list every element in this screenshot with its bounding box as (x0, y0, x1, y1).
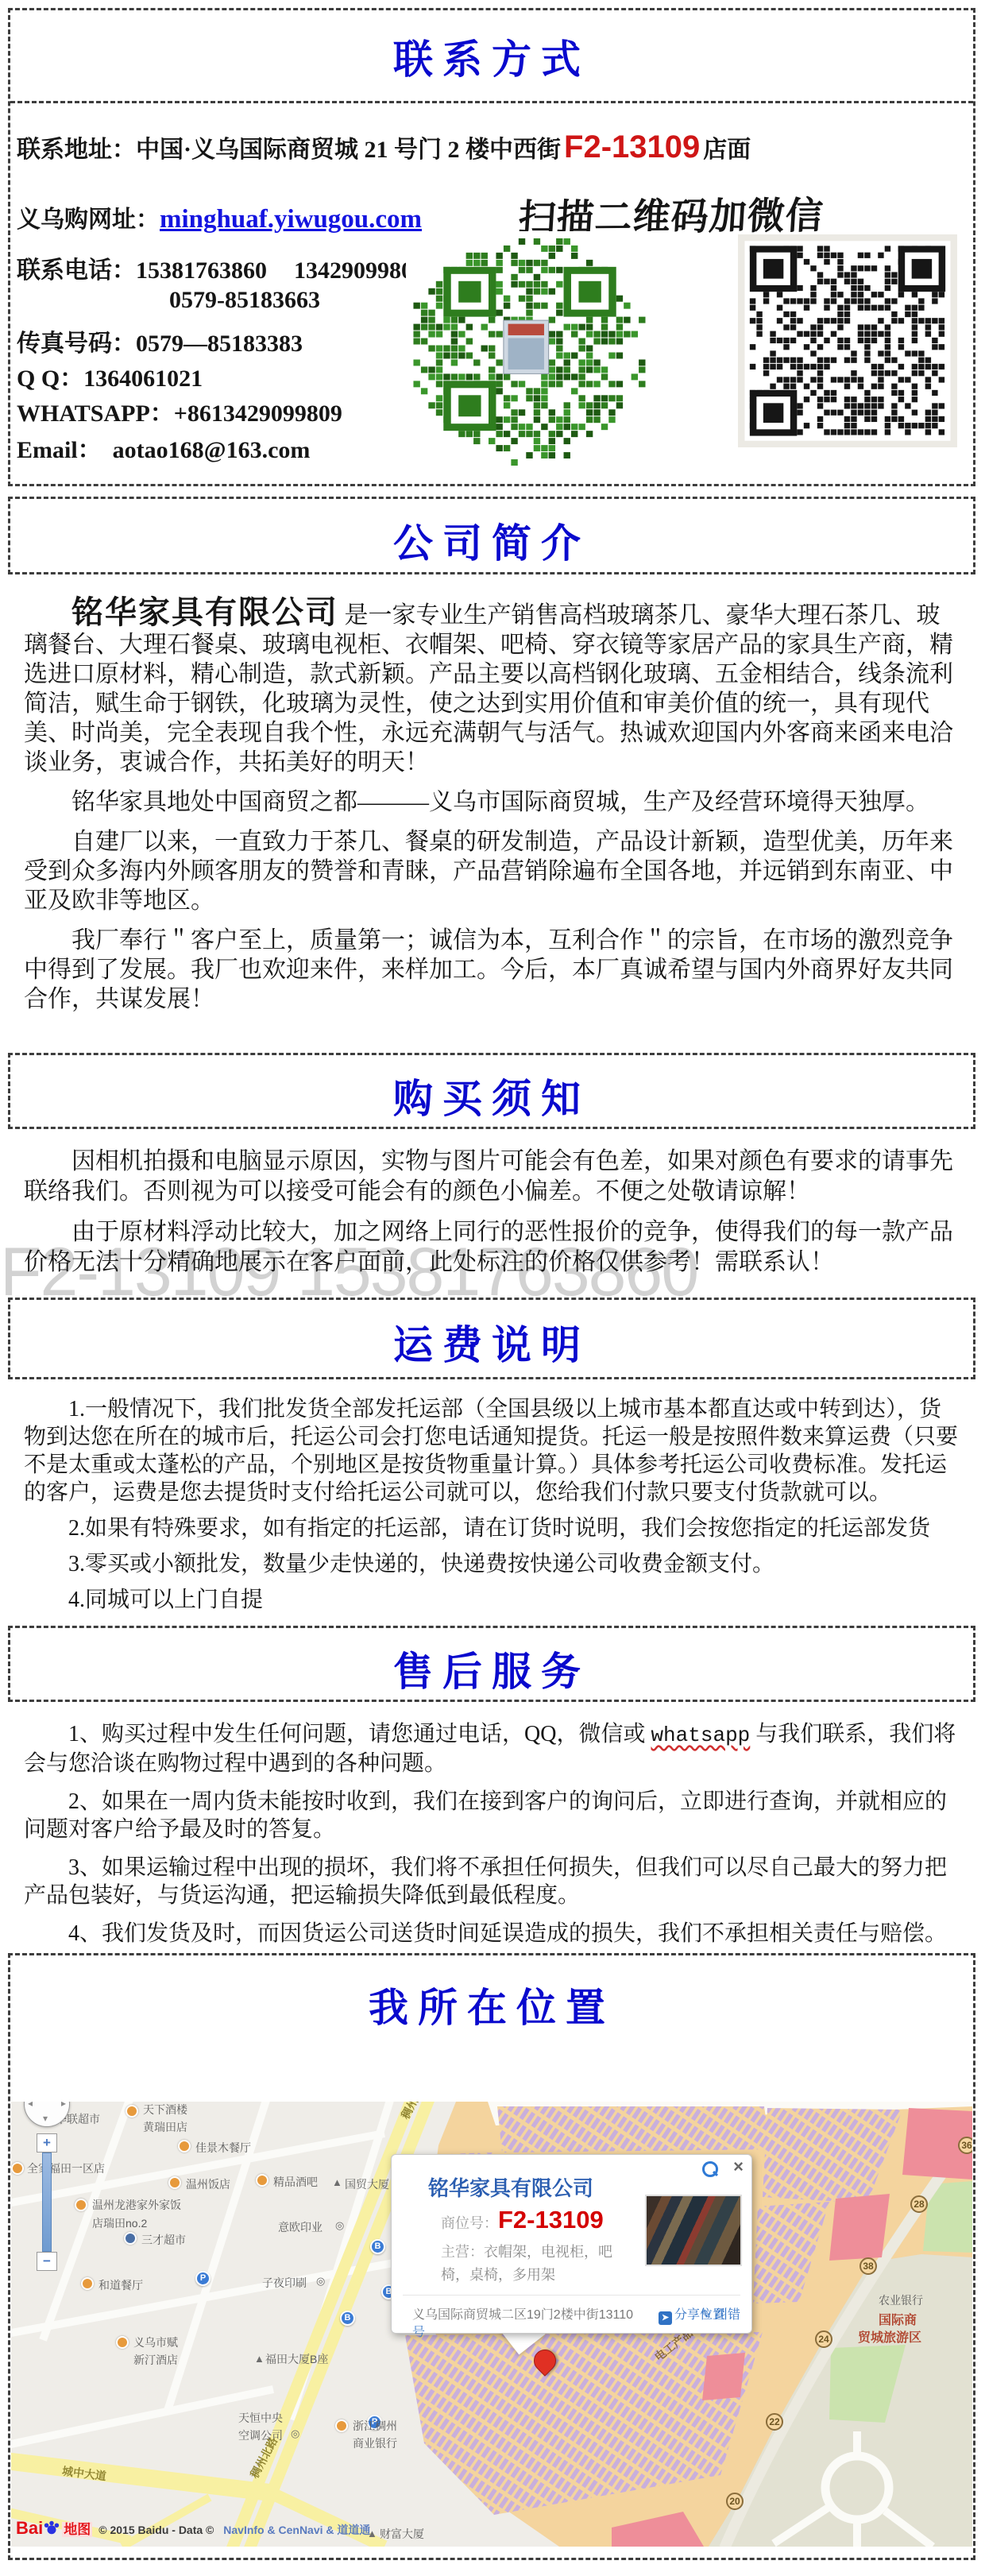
whatsapp-number: +8613429099809 (174, 400, 342, 427)
phone-label: 联系电话： (17, 257, 136, 284)
map-poi-label: 黄瑞田店 (143, 2119, 187, 2135)
contact-whatsapp-line: WHATSAPP：+8613429099809 (17, 393, 342, 428)
email-address: aotao168@163.com (113, 437, 311, 463)
purchase-section-title: 购买须知 (10, 1055, 973, 1124)
qq-number: 1364061021 (83, 366, 203, 392)
phone-number-1: 15381763860 (136, 257, 267, 284)
poi-icon (168, 2176, 181, 2189)
bank-poi-icon (335, 2419, 348, 2432)
zoom-slider[interactable] (42, 2152, 52, 2252)
pan-left-icon[interactable]: ◂ (28, 2102, 33, 2109)
area-label-line1: 国际商 (879, 2310, 917, 2328)
whatsapp-label: WHATSAPP： (17, 400, 174, 427)
baidu-map-logo-text: 地图 (62, 2522, 92, 2537)
shop-qr-code (738, 234, 957, 447)
zoom-in-button[interactable]: + (37, 2133, 57, 2152)
service-item-1-pre: 1、购买过程中发生任何问题，请您通过电话，QQ，微信或 (68, 1722, 651, 1746)
location-section-title: 我所在位置 (10, 1955, 973, 2033)
yiwugou-link[interactable]: minghuaf.yiwugou.com (160, 205, 422, 234)
poi-icon (126, 2105, 138, 2118)
map-poi-label: 温州龙港家外家饭 (92, 2197, 181, 2213)
company-paragraph-1: 铭华家具有限公司 是一家专业生产销售高档玻璃茶几、豪华大理石茶几、玻璃餐台、大理… (24, 598, 961, 777)
pan-down-icon[interactable]: ▾ (43, 2113, 48, 2124)
store-number: F2-13109 (561, 130, 703, 164)
contact-fax-line: 传真号码：0579—85183383 (17, 323, 303, 358)
baidu-logo-text: Bai (16, 2518, 43, 2538)
address-text: 中国·义乌国际商贸城 21 号门 2 楼中西街 (136, 137, 561, 163)
baidu-paw-icon (43, 2519, 60, 2536)
company-section-title: 公司简介 (10, 499, 973, 569)
bubble-address: 义乌国际商贸城二区19门2楼中街13110 (412, 2304, 651, 2323)
pencil-icon: ✎ (701, 2308, 711, 2322)
contact-section-title: 联系方式 (10, 10, 973, 103)
close-icon[interactable]: × (733, 2158, 744, 2176)
zoom-in-icon[interactable] (702, 2161, 718, 2177)
parking-icon: P (195, 2271, 211, 2286)
shipping-item-1: 1.一般情况下，我们批发货全部发托运部（全国县级以上城市基本都直达或中转到达），… (24, 1395, 961, 1507)
service-item-3: 3、如果运输过程中出现的损坏，我们将不承担任何损失，但我们可以尽自己最大的努力把… (24, 1854, 961, 1909)
map-poi-label: 店瑞田no.2 (92, 2215, 147, 2231)
fax-label: 传真号码： (17, 331, 136, 357)
contact-email-line: Email：aotao168@163.com (17, 430, 310, 465)
bubble-divider (403, 2295, 740, 2296)
contact-site-line: 义乌购网址：minghuaf.yiwugou.com (17, 199, 422, 234)
area-label-line2: 贸城旅游区 (858, 2327, 921, 2346)
map-poi-label: 农业银行 (879, 2292, 923, 2308)
map-poi-label: 新汀酒店 (133, 2352, 178, 2368)
fax-number: 0579—85183383 (136, 331, 303, 357)
map-poi-label: 国贸大厦 (345, 2176, 389, 2192)
bus-stop-icon: B (340, 2311, 355, 2326)
map-poi-label: 子夜印刷 (262, 2275, 307, 2291)
poi-icon (81, 2277, 94, 2290)
site-label: 义乌购网址： (17, 207, 160, 233)
shipping-section-title: 运费说明 (10, 1300, 973, 1371)
poi-icon (178, 2140, 191, 2152)
share-icon: ➤ (659, 2311, 672, 2325)
map-poi-label: 财富大厦 (380, 2526, 424, 2542)
poi-icon (11, 2162, 24, 2175)
contact-phone3-line: 0579-85183663 (169, 287, 320, 314)
map-poi-label: 温州饭店 (186, 2176, 230, 2192)
main-products-row: 主营：衣帽架，电视柜，吧椅，桌椅，多用架 (441, 2241, 638, 2287)
map-poi-label: 佳景木餐厅 (195, 2140, 251, 2156)
map-poi-label: 天恒中央 (238, 2410, 283, 2426)
address-label: 联系地址： (17, 137, 136, 163)
report-error-link[interactable]: ✎ 纠错 (701, 2304, 740, 2323)
booth-row: 商位号：F2-13109 (441, 2206, 604, 2234)
map-poi-label: 精品酒吧 (273, 2174, 318, 2190)
contact-section: 联系方式 联系地址：中国·义乌国际商贸城 21 号门 2 楼中西街F2-1310… (8, 8, 975, 486)
email-label: Email： (17, 437, 102, 463)
booth-number: F2-13109 (498, 2206, 604, 2234)
building-icon: ▲ (332, 2176, 342, 2189)
map-poi-label: 天下酒楼 (143, 2102, 187, 2118)
location-section: 我所在位置 (8, 1953, 975, 2560)
purchase-notes: 因相机拍摄和电脑显示原因，实物与图片可能会有色差，如果对颜色有要求的请事先联络我… (24, 1147, 961, 1288)
shipping-notes: 1.一般情况下，我们批发货全部发托运部（全国县级以上城市基本都直达或中转到达），… (24, 1395, 961, 1622)
purchase-paragraph-1: 因相机拍摄和电脑显示原因，实物与图片可能会有色差，如果对颜色有要求的请事先联络我… (24, 1147, 961, 1207)
map-data-providers: NavInfo & CenNavi & 道道通 (223, 2524, 370, 2536)
whatsapp-word: whatsapp (651, 1723, 750, 1747)
company-paragraph-4: 我厂奉行＂客户至上，质量第一；诚信为本，互利合作＂的宗旨，在市场的激烈竞争中得到… (24, 926, 961, 1014)
contact-qq-line: Q Q：1364061021 (17, 358, 203, 393)
shipping-section-title-box: 运费说明 (8, 1298, 975, 1379)
building-icon: ▲ (254, 2353, 265, 2365)
service-section-title-box: 售后服务 (8, 1626, 975, 1702)
wechat-qr-code (406, 231, 654, 466)
shipping-item-4: 4.同城可以上门自提 (24, 1586, 961, 1614)
zoom-out-button[interactable]: − (37, 2252, 57, 2271)
gate-badge: 28 (910, 2195, 928, 2213)
bubble-address-line2: 号 (412, 2322, 425, 2340)
poi-icon (116, 2336, 129, 2349)
print-shop-icon: ◎ (316, 2275, 325, 2288)
bubble-company-name: 铭华家具有限公司 (428, 2172, 593, 2202)
booth-label: 商位号： (441, 2215, 498, 2231)
gate-badge: 36 (958, 2137, 972, 2154)
service-item-2: 2、如果在一周内货未能按时收到，我们在接到客户的询问后，立即进行查询，并就相应的… (24, 1788, 961, 1843)
map-copyright: © 2015 Baidu - Data © (98, 2524, 217, 2536)
map-poi-label: 浙江稠州 (353, 2418, 397, 2434)
main-products-label: 主营： (441, 2244, 484, 2260)
map-poi-label: 意欧印业 (278, 2219, 323, 2235)
contact-address-line: 联系地址：中国·义乌国际商贸城 21 号门 2 楼中西街F2-13109店面 (17, 130, 751, 165)
bus-stop-icon: B (370, 2239, 385, 2254)
company-section-title-box: 公司简介 (8, 497, 975, 574)
map-poi-label: 和道餐厅 (98, 2277, 143, 2293)
print-shop-icon: ◎ (335, 2219, 344, 2232)
office-icon: ◎ (291, 2427, 299, 2440)
map-poi-label: 三才超市 (141, 2232, 186, 2248)
purchase-section-title-box: 购买须知 (8, 1053, 975, 1129)
store-photo[interactable] (645, 2195, 742, 2266)
after-sales-notes: 1、购买过程中发生任何问题，请您通过电话，QQ，微信或 whatsapp 与我们… (24, 1720, 961, 1958)
map-zoom-control: + − (37, 2133, 57, 2271)
phone-number-3: 0579-85183663 (169, 287, 320, 313)
company-name: 铭华家具有限公司 (71, 594, 338, 630)
company-paragraph-3: 自建厂以来，一直致力于茶几、餐桌的研发制造，产品设计新颖，造型优美，历年来受到众… (24, 827, 961, 915)
poi-icon (256, 2174, 268, 2187)
gate-badge: 22 (766, 2413, 783, 2431)
poi-icon (75, 2199, 87, 2211)
address-suffix: 店面 (703, 137, 751, 163)
baidu-map[interactable]: 稠州北路 稠州北路 城中大道 国际商 贸城旅游区 电工产品 36 28 38 2… (11, 2102, 972, 2547)
map-poi-label: 福田大厦B座 (265, 2351, 328, 2367)
contact-phone-line: 联系电话：1538176386013429099809 (17, 250, 425, 285)
pan-right-icon[interactable]: ▸ (61, 2102, 66, 2109)
gate-badge: 24 (815, 2330, 832, 2348)
company-paragraph-2: 铭华家具地处中国商贸之都———义乌市国际商贸城，生产及经营环境得天独厚。 (24, 787, 961, 817)
purchase-paragraph-2: 由于原材料浮动比较大，加之网络上同行的恶性报价的竞争，使得我们的每一款产品价格无… (24, 1217, 961, 1278)
gate-badge: 38 (859, 2257, 877, 2275)
shipping-item-2: 2.如果有特殊要求，如有指定的托运部，请在订货时说明，我们会按您指定的托运部发货 (24, 1514, 961, 1542)
map-poi-label: 商业银行 (353, 2435, 397, 2451)
company-introduction: 铭华家具有限公司 是一家专业生产销售高档玻璃茶几、豪华大理石茶几、玻璃餐台、大理… (24, 598, 961, 1024)
info-bubble: 铭华家具有限公司 × 商位号：F2-13109 主营：衣帽架，电视柜，吧椅，桌椅… (391, 2154, 752, 2334)
shipping-item-3: 3.零买或小额批发，数量少走快递的，快递费按快递公司收费金额支付。 (24, 1550, 961, 1578)
service-item-1: 1、购买过程中发生任何问题，请您通过电话，QQ，微信或 whatsapp 与我们… (24, 1720, 961, 1777)
service-item-4: 4、我们发货及时，而因货运公司送货时间延误造成的损失，我们不承担相关责任与赔偿。 (24, 1920, 961, 1947)
service-section-title: 售后服务 (10, 1628, 973, 1697)
map-attribution: Bai地图© 2015 Baidu - Data © NavInfo & Cen… (16, 2518, 370, 2539)
poi-icon (124, 2232, 137, 2245)
map-poi-label: 空调公司 (238, 2427, 283, 2443)
report-error-label: 纠错 (715, 2308, 740, 2322)
qq-label: Q Q： (17, 366, 83, 392)
gate-badge: 20 (726, 2493, 744, 2510)
product-detail-page: 联系方式 联系地址：中国·义乌国际商贸城 21 号门 2 楼中西街F2-1310… (0, 0, 985, 2576)
map-poi-label: 义乌市赋 (133, 2334, 178, 2350)
